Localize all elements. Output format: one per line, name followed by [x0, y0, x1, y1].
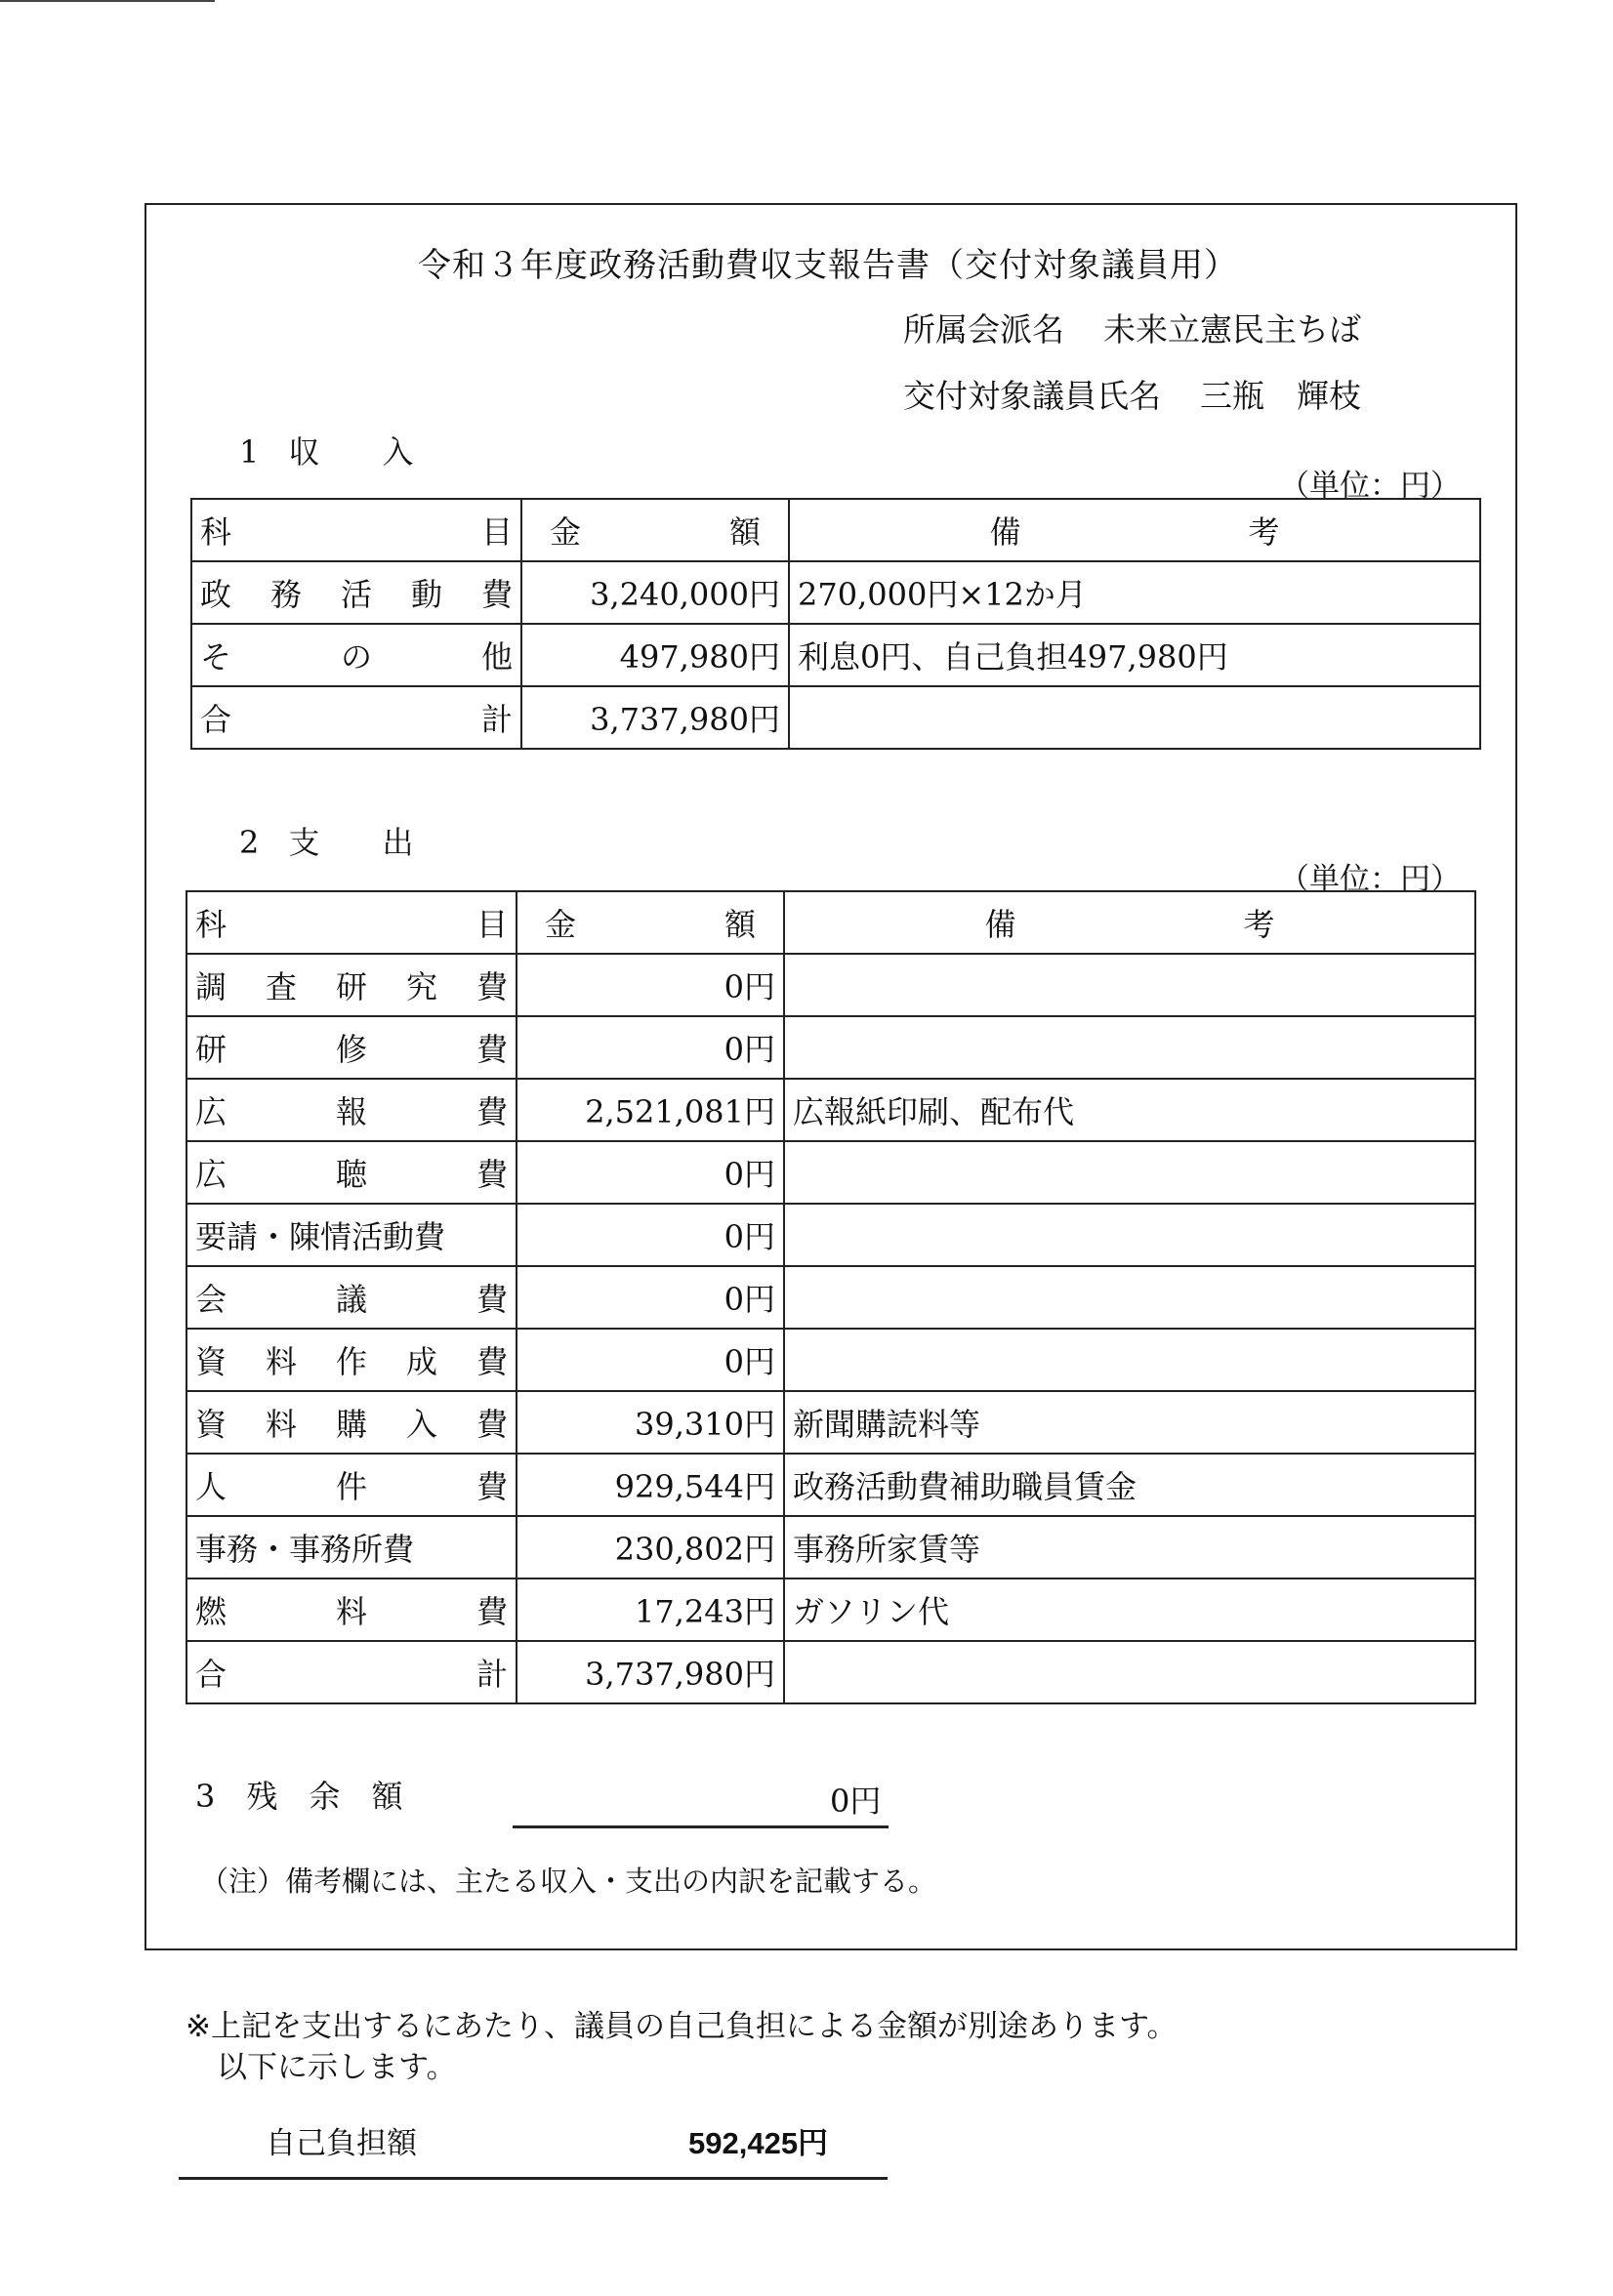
row-item: 政務活動費 [191, 561, 521, 624]
row-item: 人件費 [186, 1454, 517, 1516]
remainder-value: 0円 [830, 1777, 881, 1822]
row-note [784, 1266, 1475, 1329]
row-note: 政務活動費補助職員賃金 [784, 1454, 1475, 1516]
row-amount: 0円 [517, 1016, 784, 1079]
row-note [789, 686, 1480, 749]
income-header-row: 科目 金額 備考 [191, 499, 1480, 561]
row-item: 資料購入費 [186, 1391, 517, 1454]
expense-heading-number: 2 [239, 824, 259, 861]
header-note: 備考 [784, 891, 1475, 954]
faction-value: 未来立憲民主ちば [1103, 305, 1361, 350]
row-item: 研修費 [186, 1016, 517, 1079]
faction-label: 所属会派名 [903, 305, 1064, 350]
header-amount: 金額 [517, 891, 784, 954]
header-note: 備考 [789, 499, 1480, 561]
table-row: 人件費929,544円政務活動費補助職員賃金 [186, 1454, 1475, 1516]
row-note: 新聞購読料等 [784, 1391, 1475, 1454]
member-label: 交付対象議員氏名 [903, 371, 1161, 417]
row-item: 合計 [186, 1641, 517, 1703]
table-row: 調査研究費0円 [186, 954, 1475, 1016]
table-row: 合計3,737,980円 [186, 1641, 1475, 1703]
row-amount: 0円 [517, 1329, 784, 1391]
table-row: 燃料費17,243円ガソリン代 [186, 1578, 1475, 1641]
footnote: （注）備考欄には、主たる収入・支出の内訳を記載する。 [200, 1860, 936, 1900]
row-item: 要請・陳情活動費 [186, 1204, 517, 1266]
self-burden-label: 自己負担額 [266, 2118, 417, 2162]
row-amount: 0円 [517, 1204, 784, 1266]
table-row: 政務活動費3,240,000円270,000円×12か月 [191, 561, 1480, 624]
row-amount: 17,243円 [517, 1578, 784, 1641]
row-amount: 3,737,980円 [521, 686, 789, 749]
remainder-underline [513, 1825, 889, 1828]
row-note: 事務所家賃等 [784, 1516, 1475, 1578]
header-amount: 金額 [521, 499, 789, 561]
row-note: 広報紙印刷、配布代 [784, 1079, 1475, 1141]
row-amount: 39,310円 [517, 1391, 784, 1454]
row-note: 270,000円×12か月 [789, 561, 1480, 624]
row-item: その他 [191, 624, 521, 686]
row-amount: 497,980円 [521, 624, 789, 686]
expense-table: 科目 金額 備考 調査研究費0円研修費0円広報費2,521,081円広報紙印刷、… [186, 890, 1476, 1704]
row-amount: 0円 [517, 1141, 784, 1204]
row-note [784, 1204, 1475, 1266]
row-item: 広報費 [186, 1079, 517, 1141]
remainder-heading-label: 残 余 額 [247, 1778, 403, 1815]
income-heading: 1 収 入 [239, 428, 414, 472]
header-item: 科目 [191, 499, 521, 561]
remainder-heading: 3 残 余 額 [195, 1772, 403, 1817]
expense-header-row: 科目 金額 備考 [186, 891, 1475, 954]
row-item: 合計 [191, 686, 521, 749]
table-row: 広聴費0円 [186, 1141, 1475, 1204]
extra-note-line2: 以下に示します。 [186, 2047, 1178, 2088]
row-note: ガソリン代 [784, 1578, 1475, 1641]
expense-heading-label: 支 出 [289, 824, 414, 861]
scan-edge-line [0, 0, 215, 2]
row-note [784, 1329, 1475, 1391]
row-amount: 3,240,000円 [521, 561, 789, 624]
table-row: 資料作成費0円 [186, 1329, 1475, 1391]
member-row: 交付対象議員氏名三瓶 輝枝 [903, 371, 1361, 417]
self-burden-value: 592,425円 [688, 2118, 828, 2162]
remainder-heading-number: 3 [195, 1778, 215, 1815]
income-heading-label: 収 入 [289, 433, 414, 471]
row-item: 燃料費 [186, 1578, 517, 1641]
table-row: 研修費0円 [186, 1016, 1475, 1079]
table-row: 合計3,737,980円 [191, 686, 1480, 749]
income-heading-number: 1 [239, 433, 259, 471]
table-row: 会議費0円 [186, 1266, 1475, 1329]
member-value: 三瓶 輝枝 [1200, 371, 1361, 417]
row-note: 利息0円、自己負担497,980円 [789, 624, 1480, 686]
row-item: 調査研究費 [186, 954, 517, 1016]
row-note [784, 1641, 1475, 1703]
row-amount: 929,544円 [517, 1454, 784, 1516]
self-burden-underline [179, 2177, 888, 2180]
row-item: 資料作成費 [186, 1329, 517, 1391]
income-table: 科目 金額 備考 政務活動費3,240,000円270,000円×12か月その他… [190, 498, 1481, 750]
row-amount: 2,521,081円 [517, 1079, 784, 1141]
header-item: 科目 [186, 891, 517, 954]
row-note [784, 1141, 1475, 1204]
document-title: 令和３年度政務活動費収支報告書（交付対象議員用） [418, 238, 1238, 286]
table-row: 資料購入費39,310円新聞購読料等 [186, 1391, 1475, 1454]
row-item: 会議費 [186, 1266, 517, 1329]
row-amount: 0円 [517, 954, 784, 1016]
table-row: 要請・陳情活動費0円 [186, 1204, 1475, 1266]
extra-note: ※上記を支出するにあたり、議員の自己負担による金額が別途あります。 以下に示しま… [186, 2006, 1178, 2088]
row-item: 事務・事務所費 [186, 1516, 517, 1578]
row-amount: 0円 [517, 1266, 784, 1329]
expense-heading: 2 支 出 [239, 818, 414, 863]
table-row: その他497,980円利息0円、自己負担497,980円 [191, 624, 1480, 686]
table-row: 事務・事務所費230,802円事務所家賃等 [186, 1516, 1475, 1578]
row-note [784, 1016, 1475, 1079]
row-amount: 230,802円 [517, 1516, 784, 1578]
row-amount: 3,737,980円 [517, 1641, 784, 1703]
extra-note-line1: ※上記を支出するにあたり、議員の自己負担による金額が別途あります。 [186, 2006, 1178, 2047]
row-note [784, 954, 1475, 1016]
faction-row: 所属会派名未来立憲民主ちば [903, 305, 1361, 350]
row-item: 広聴費 [186, 1141, 517, 1204]
table-row: 広報費2,521,081円広報紙印刷、配布代 [186, 1079, 1475, 1141]
